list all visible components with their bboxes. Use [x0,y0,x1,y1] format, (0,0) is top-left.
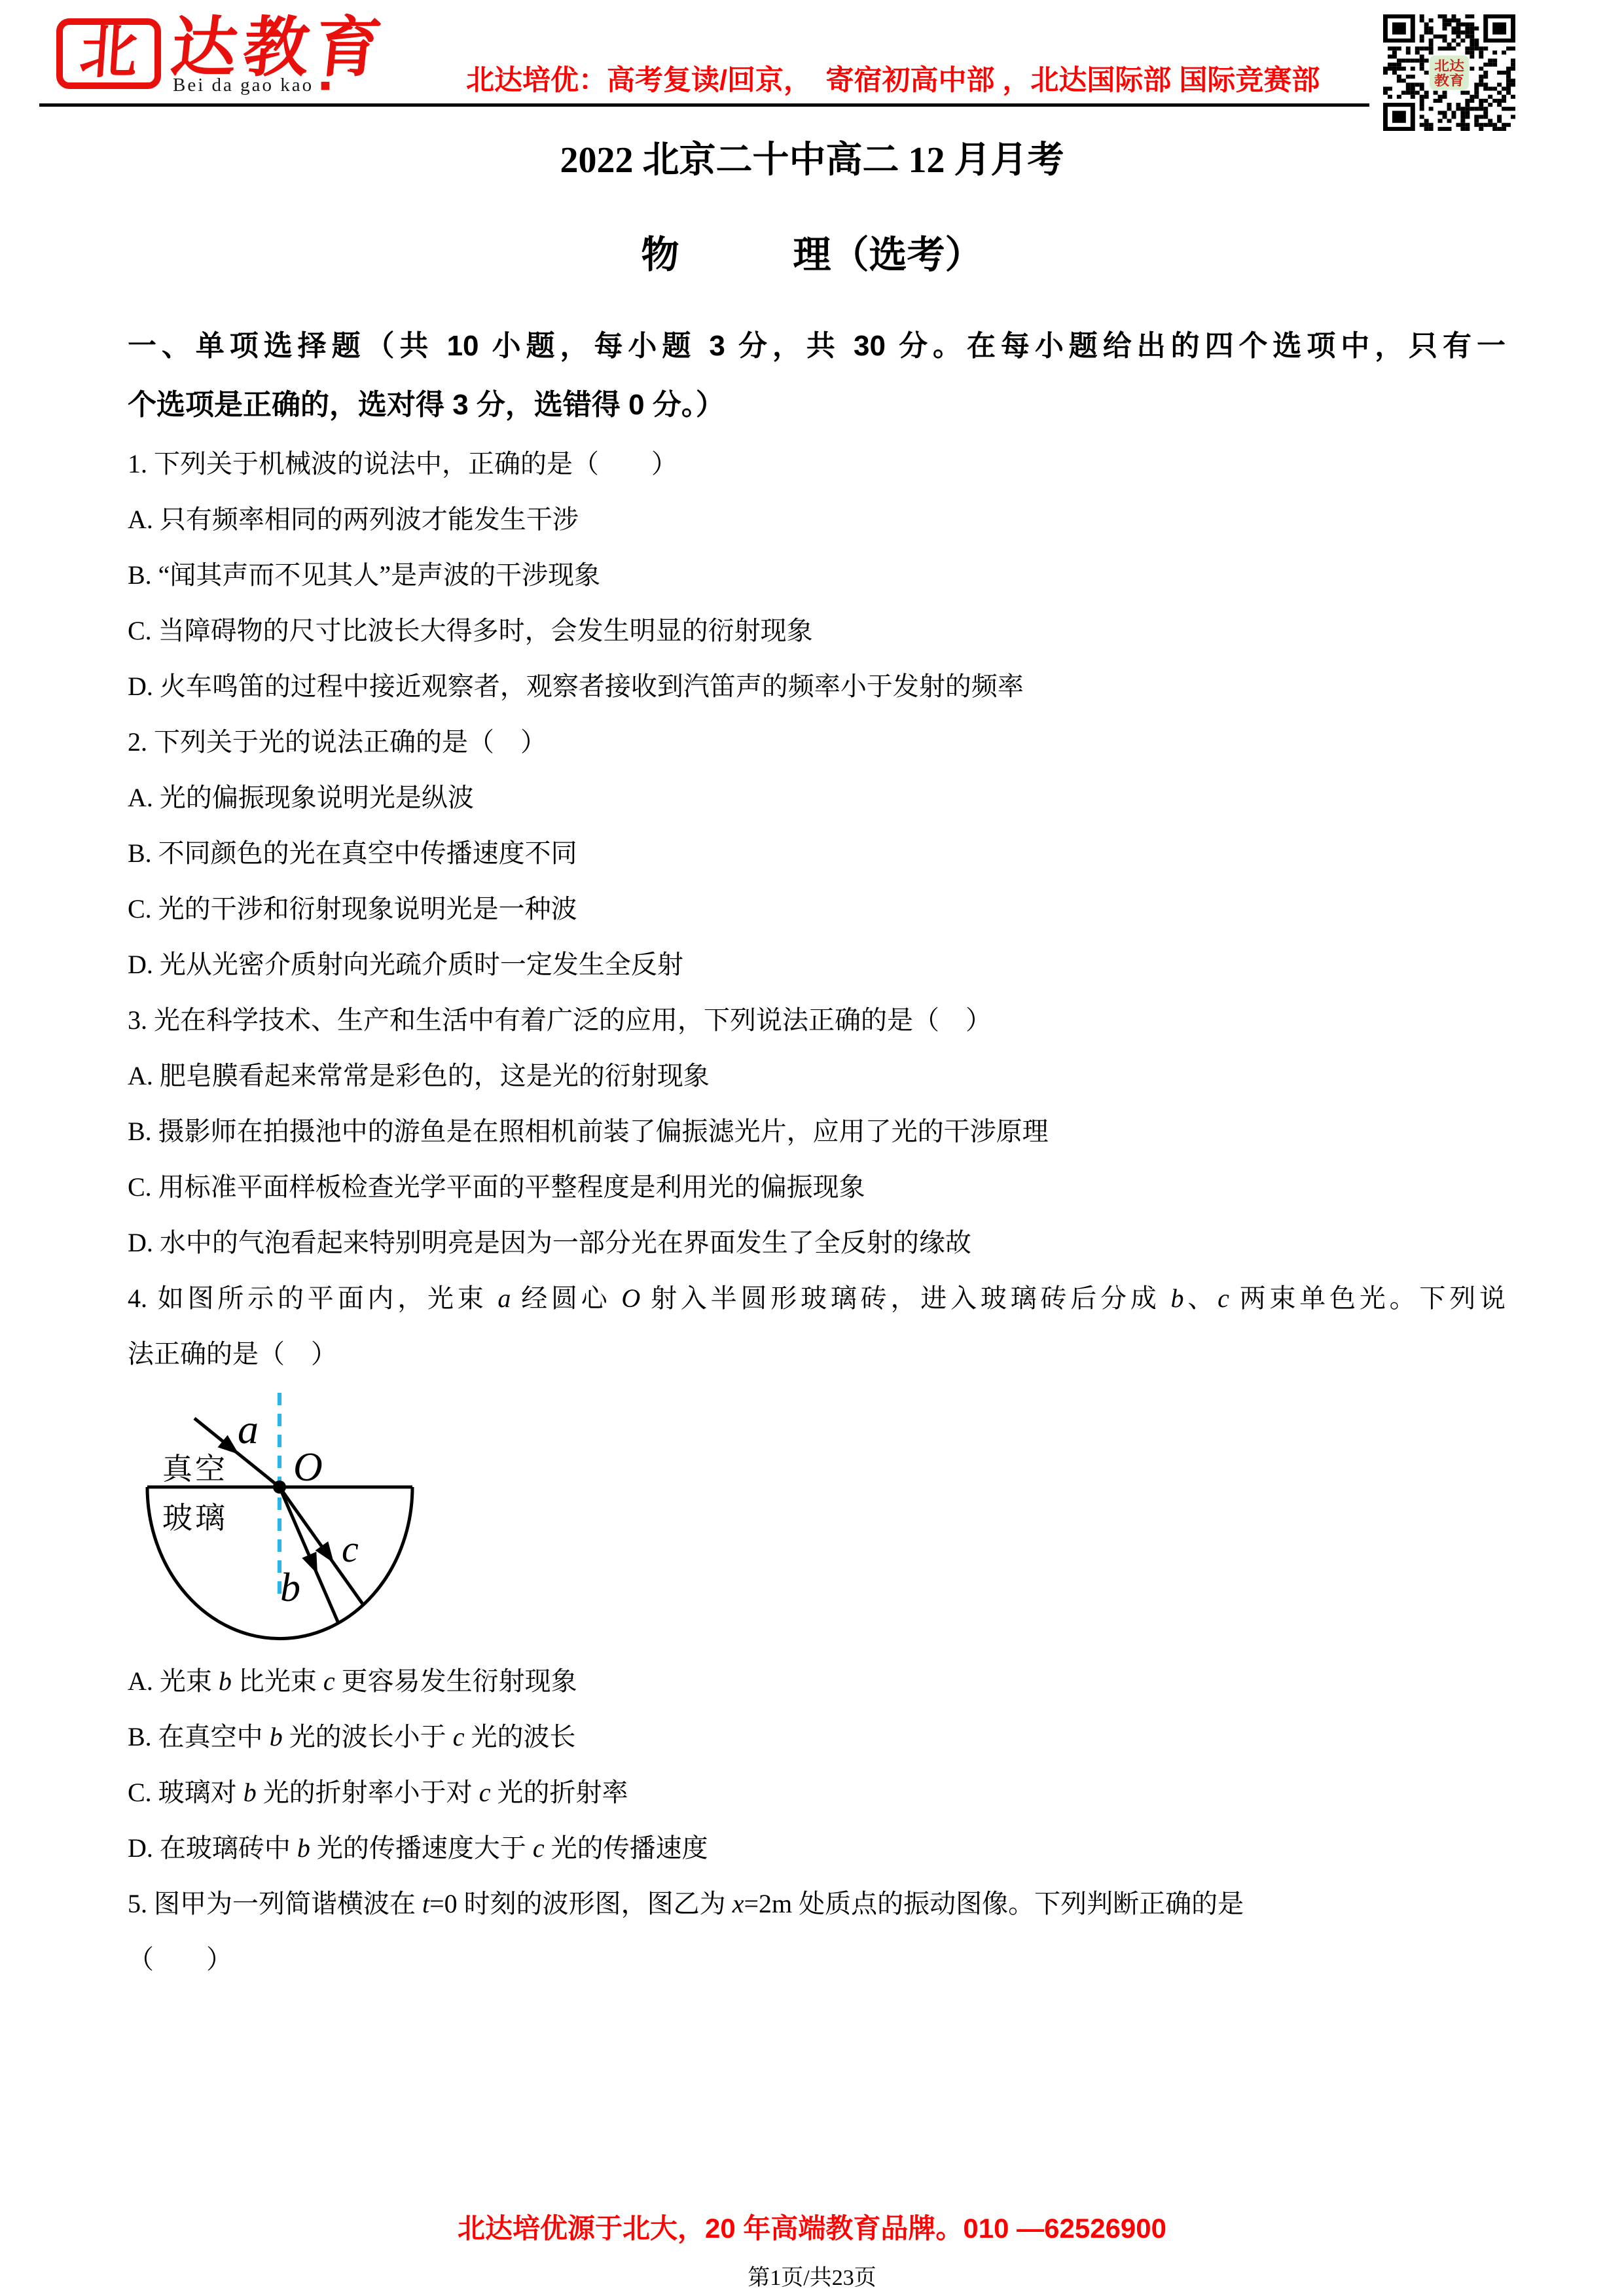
question-1-option-a: A. 只有频率相同的两列波才能发生干涉 [128,492,1506,547]
exam-title: 2022 北京二十中高二 12 月月考 [0,131,1624,183]
semicircle-glass-diagram: 真空 玻璃 a O b c [118,1361,511,1689]
question-3-option-a: A. 肥皂膜看起来常常是彩色的，这是光的衍射现象 [128,1048,1506,1103]
question-2-stem: 2. 下列关于光的说法正确的是（ ） [128,714,1506,770]
question-1-stem: 1. 下列关于机械波的说法中，正确的是（ ） [128,436,1506,492]
question-3-option-b: B. 摄影师在拍摄池中的游鱼是在照相机前装了偏振滤光片，应用了光的干涉原理 [128,1103,1506,1159]
question-2-option-d: D. 光从光密介质射向光疏介质时一定发生全反射 [128,937,1506,992]
ray-b-arrowhead-icon [302,1552,325,1577]
question-1-option-c: C. 当障碍物的尺寸比波长大得多时，会发生明显的衍射现象 [128,603,1506,658]
brand-romanization: Bei da gao kao■ [173,75,333,96]
incidence-point-dot [273,1480,286,1494]
romanization-text: Bei da gao kao [173,75,314,96]
label-vacuum: 真空 [162,1452,228,1486]
header-divider [39,103,1369,107]
footer-promo: 北达培优源于北大，20 年高端教育品牌。010 —62526900 [0,2207,1624,2246]
question-4-stem-line-1: 4. 如图所示的平面内，光束 a 经圆心 O 射入半圆形玻璃砖，进入玻璃砖后分成… [128,1270,1506,1326]
question-4-option-b: B. 在真空中 b 光的波长小于 c 光的波长 [128,1709,1506,1765]
question-5-stem-line-2: （ ） [128,1931,1506,1987]
question-1-option-d: D. 火车鸣笛的过程中接近观察者，观察者接收到汽笛声的频率小于发射的频率 [128,658,1506,714]
exam-paper-page: 北 达教育 Bei da gao kao■ 北达培优：高考复读/回京， 寄宿初高… [0,0,1624,2296]
label-ray-b: b [280,1566,300,1610]
seal-character: 北 [78,25,139,82]
qr-code: 北达教育 [1383,14,1515,131]
svg-text:北达: 北达 [1434,59,1464,73]
red-square-icon: ■ [320,76,333,95]
svg-text:教育: 教育 [1434,73,1464,88]
label-center-o: O [293,1445,323,1490]
label-ray-c: c [342,1528,359,1570]
brand-logo-text: 达教育 [168,16,391,81]
question-2-option-b: B. 不同颜色的光在真空中传播速度不同 [128,825,1506,881]
question-3-option-c: C. 用标准平面样板检查光学平面的平整程度是利用光的偏振现象 [128,1159,1506,1215]
question-list: 1. 下列关于机械波的说法中，正确的是（ ） A. 只有频率相同的两列波才能发生… [128,436,1506,1987]
question-4-option-d: D. 在玻璃砖中 b 光的传播速度大于 c 光的传播速度 [128,1820,1506,1876]
label-glass: 玻璃 [162,1501,228,1535]
question-4-option-c: C. 玻璃对 b 光的折射率小于对 c 光的折射率 [128,1765,1506,1820]
header-tagline: 北达培优：高考复读/回京， 寄宿初高中部 ，北达国际部 国际竞赛部 [466,65,1320,96]
exam-subject: 物 理（选考） [0,224,1624,279]
question-3-stem: 3. 光在科学技术、生产和生活中有着广泛的应用，下列说法正确的是（ ） [128,992,1506,1048]
section-heading-line-2: 个选项是正确的，选对得 3 分，选错得 0 分。） [128,376,1506,435]
question-5-stem-line-1: 5. 图甲为一列简谐横波在 t=0 时刻的波形图，图乙为 x=2m 处质点的振动… [128,1876,1506,1931]
section-heading-line-1: 一、单项选择题（共 10 小题，每小题 3 分，共 30 分。在每小题给出的四个… [128,317,1506,376]
page-indicator: 第1页/共23页 [0,2259,1624,2291]
qr-code-graphic: 北达教育 [1383,14,1515,131]
question-2-option-c: C. 光的干涉和衍射现象说明光是一种波 [128,881,1506,937]
brand-seal-icon: 北 [56,18,161,89]
question-3-option-d: D. 水中的气泡看起来特别明亮是因为一部分光在界面发生了全反射的缘故 [128,1215,1506,1270]
question-2-option-a: A. 光的偏振现象说明光是纵波 [128,770,1506,825]
label-ray-a: a [238,1406,259,1452]
section-heading: 一、单项选择题（共 10 小题，每小题 3 分，共 30 分。在每小题给出的四个… [128,317,1506,435]
question-1-option-b: B. “闻其声而不见其人”是声波的干涉现象 [128,547,1506,603]
